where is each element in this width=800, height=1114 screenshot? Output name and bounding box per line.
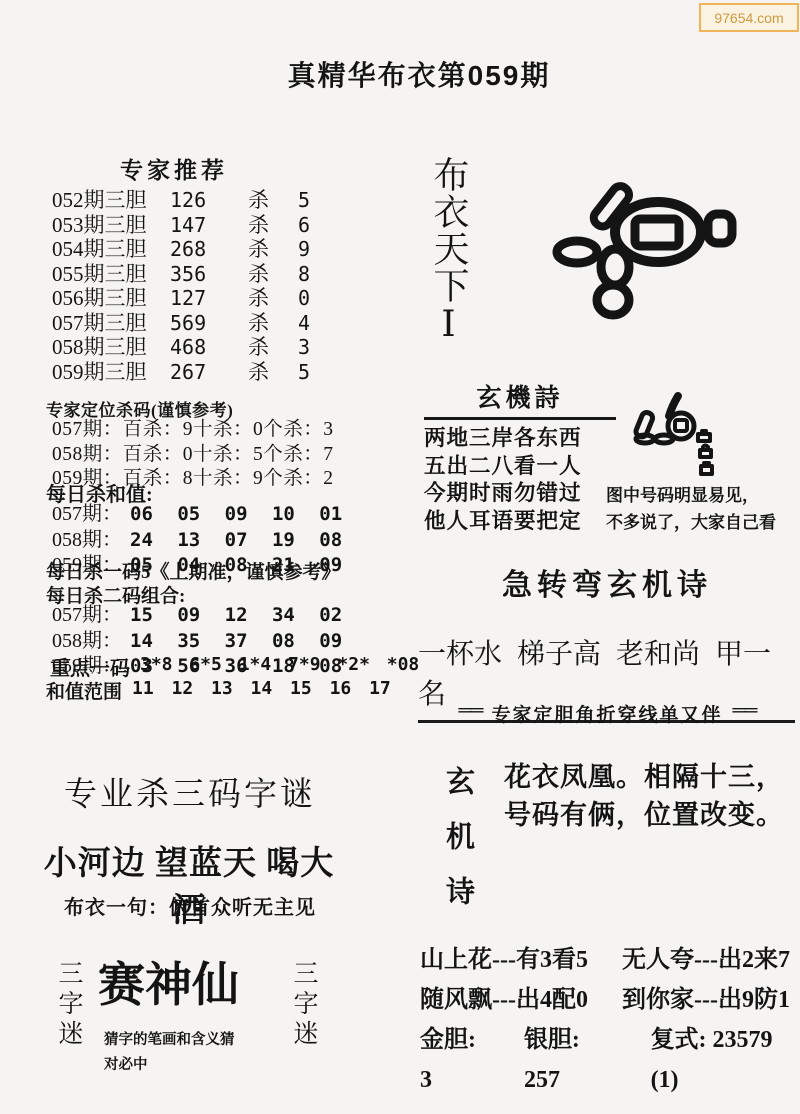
- kill-label: 杀: [248, 188, 298, 213]
- poem-line: 花衣凤凰。相隔十三，: [504, 758, 784, 796]
- issue-cell: 059期三胆: [52, 360, 170, 385]
- banner-right-lines: ══: [733, 700, 756, 727]
- sketch-note-line1: 图中号码明显易见，: [606, 482, 776, 509]
- issue-label: 058期：: [52, 629, 130, 655]
- sharp-turn-header: 急转弯玄机诗: [420, 560, 794, 604]
- sketch-note-line2: 不多说了，大家自己看: [606, 509, 776, 536]
- kill-value: 5: [298, 188, 320, 213]
- gold-dan: 金胆: 3: [420, 1020, 490, 1100]
- dan-cell: 147: [170, 213, 248, 238]
- poem-line: 两地三岸各东西: [424, 425, 616, 453]
- mystic-poem2-vertical-label: 玄机诗: [438, 766, 479, 931]
- mystic-poem-box: 玄機詩 两地三岸各东西 五出二八看一人 今期时雨勿错过 他人耳语要把定: [424, 378, 616, 535]
- values: 14 35 37 08 09: [130, 629, 342, 655]
- dan-cell: 356: [170, 262, 248, 287]
- table-row: 055期三胆356杀8: [52, 262, 332, 287]
- kill-value: 9: [298, 237, 320, 262]
- kill-label: 杀: [248, 286, 298, 311]
- kill-value: 5: [298, 360, 320, 385]
- number-sketch: [614, 384, 714, 484]
- table-row: 057期三胆569杀4: [52, 311, 332, 336]
- list-item: 058期：24 13 07 19 08: [52, 528, 342, 554]
- list-item: 058期：14 35 37 08 09: [52, 629, 342, 655]
- sai-note: 猜字的笔画和含义猜 对必中: [104, 1028, 235, 1078]
- mystic-poem-lines: 两地三岸各东西 五出二八看一人 今期时雨勿错过 他人耳语要把定: [424, 420, 616, 535]
- issue-label: 058期：: [52, 528, 130, 554]
- buyi-sentence: 布衣一句：俯首众听无主见: [40, 891, 340, 920]
- three-char-riddle-label-right: 三字迷: [285, 960, 321, 1050]
- list-item: 058期：百杀：0十杀：5个杀：7: [52, 443, 334, 468]
- coin-sketch: [543, 164, 747, 352]
- values: 06 05 09 10 01: [130, 502, 342, 528]
- code-phrase: 到你家---出9防1: [622, 980, 790, 1020]
- issue-cell: 055期三胆: [52, 262, 170, 287]
- poem-line: 号码有俩，位置改变。: [504, 796, 784, 834]
- sai-shen-xian-title: 赛神仙: [98, 948, 263, 1015]
- table-row: 053期三胆147杀6: [52, 213, 332, 238]
- issue-label: 057期：: [52, 603, 130, 629]
- issue-cell: 053期三胆: [52, 213, 170, 238]
- poem-line: 五出二八看一人: [424, 453, 616, 481]
- site-watermark-link[interactable]: 97654.com: [699, 3, 799, 32]
- banner-text: 专家定胆角折穿线单又伴: [491, 700, 722, 727]
- table-row: 052期三胆126杀5: [52, 188, 332, 213]
- poem-line: 他人耳语要把定: [424, 508, 616, 536]
- mystic-poem2-text: 花衣凤凰。相隔十三， 号码有俩，位置改变。: [504, 758, 784, 834]
- mystic-poem-header: 玄機詩: [424, 378, 616, 420]
- table-row: 056期三胆127杀0: [52, 286, 332, 311]
- sai-note-line2: 对必中: [104, 1053, 235, 1078]
- kill-value: 3: [298, 335, 320, 360]
- silver-dan: 银胆: 257: [524, 1020, 617, 1100]
- values: 15 09 12 34 02: [130, 603, 342, 629]
- kill-value: 4: [298, 311, 320, 336]
- sketch-note: 图中号码明显易见， 不多说了，大家自己看: [606, 482, 776, 536]
- kill-label: 杀: [248, 213, 298, 238]
- dan-cell: 126: [170, 188, 248, 213]
- kill-label: 杀: [248, 237, 298, 262]
- buyi-tianxia-vertical-title: 布衣天下Ⅰ: [424, 156, 475, 346]
- issue-cell: 054期三胆: [52, 237, 170, 262]
- expert-recommend-header: 专家推荐: [44, 152, 304, 185]
- dan-cell: 267: [170, 360, 248, 385]
- page-title: 真精华布衣第059期: [0, 54, 800, 94]
- code-phrase: 随风飘---出4配0: [420, 980, 588, 1020]
- values: 24 13 07 19 08: [130, 528, 342, 554]
- expert-banner: ══ 专家定胆角折穿线单又伴 ══: [420, 700, 794, 727]
- code-phrase: 无人夸---出2来7: [622, 940, 790, 980]
- dan-cell: 468: [170, 335, 248, 360]
- issue-cell: 052期三胆: [52, 188, 170, 213]
- kill-label: 杀: [248, 262, 298, 287]
- kill-label: 杀: [248, 311, 298, 336]
- sum-range-row: 和值范围 11 12 13 14 15 16 17: [46, 677, 391, 704]
- issue-cell: 058期三胆: [52, 335, 170, 360]
- sai-note-line1: 猜字的笔画和含义猜: [104, 1028, 235, 1053]
- banner-left-lines: ══: [459, 700, 482, 727]
- daily-one-kill-line: 每日杀一码5《上期准，谨慎参考》: [46, 557, 341, 584]
- table-row: 059期三胆267杀5: [52, 360, 332, 385]
- codes-row: 随风飘---出4配0 到你家---出9防1: [420, 980, 798, 1020]
- list-item: 057期：15 09 12 34 02: [52, 603, 342, 629]
- dan-cell: 127: [170, 286, 248, 311]
- expert-recommend-table: 052期三胆126杀5 053期三胆147杀6 054期三胆268杀9 055期…: [52, 188, 332, 384]
- three-char-riddle-label-left: 三字迷: [50, 960, 86, 1050]
- dan-cell: 268: [170, 237, 248, 262]
- riddle-section-title: 专业杀三码字谜: [40, 768, 340, 815]
- list-item: 057期：百杀：9十杀：0个杀：3: [52, 418, 334, 443]
- kill-label: 杀: [248, 360, 298, 385]
- table-row: 054期三胆268杀9: [52, 237, 332, 262]
- final-codes: 山上花---有3看5 无人夸---出2来7 随风飘---出4配0 到你家---出…: [420, 940, 798, 1100]
- issue-cell: 056期三胆: [52, 286, 170, 311]
- dan-cell: 569: [170, 311, 248, 336]
- compound: 复式: 23579 (1): [651, 1020, 798, 1100]
- code-phrase: 山上花---有3看5: [420, 940, 588, 980]
- table-row: 058期三胆468杀3: [52, 335, 332, 360]
- list-item: 057期：06 05 09 10 01: [52, 502, 342, 528]
- kill-value: 8: [298, 262, 320, 287]
- issue-cell: 057期三胆: [52, 311, 170, 336]
- kill-value: 0: [298, 286, 320, 311]
- sum-range-value: 11 12 13 14 15 16 17: [132, 677, 391, 704]
- sum-range-label: 和值范围: [46, 677, 122, 704]
- issue-label: 057期：: [52, 502, 130, 528]
- kill-label: 杀: [248, 335, 298, 360]
- poem-line: 今期时雨勿错过: [424, 480, 616, 508]
- kill-value: 6: [298, 213, 320, 238]
- codes-row: 金胆: 3 银胆: 257 复式: 23579 (1): [420, 1020, 798, 1100]
- codes-row: 山上花---有3看5 无人夸---出2来7: [420, 940, 798, 980]
